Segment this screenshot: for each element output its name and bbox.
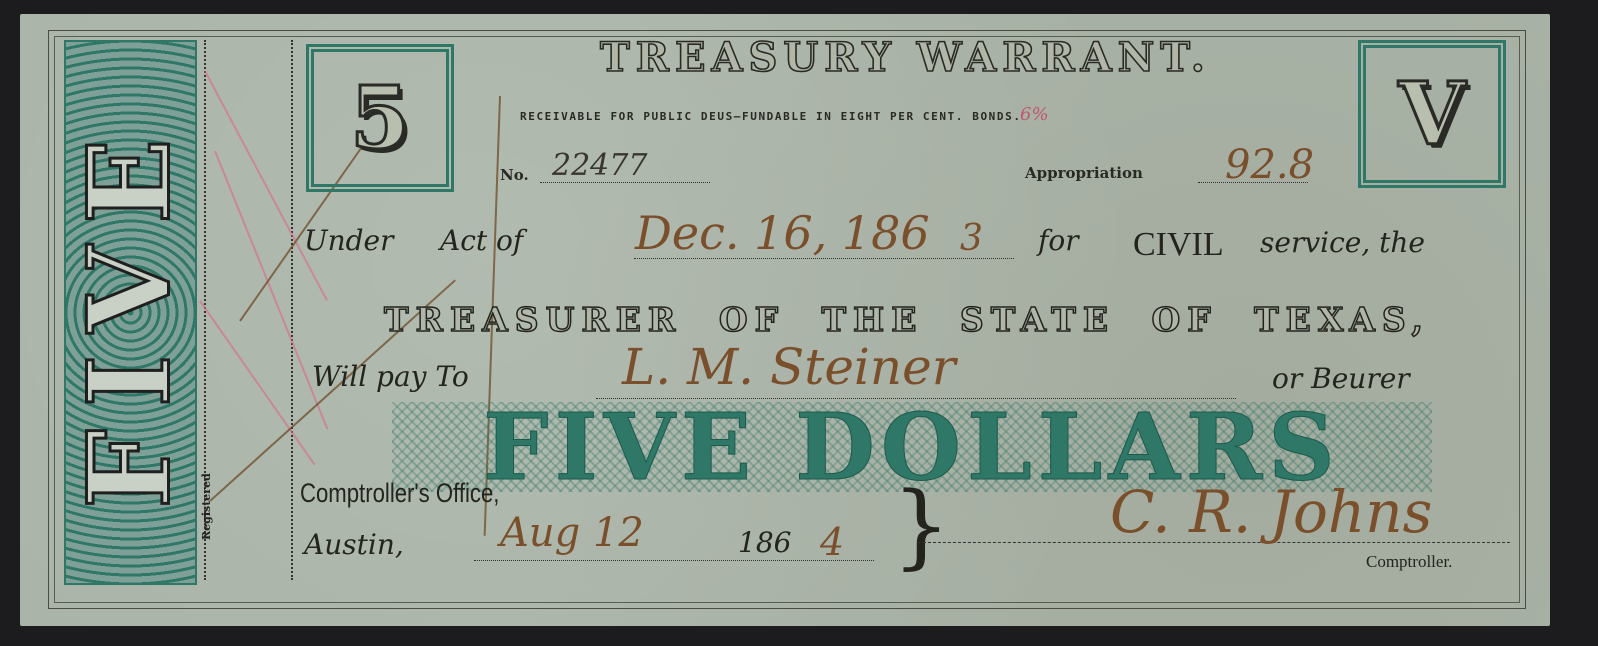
treasurer-line: TREASURER OF THE STATE OF TEXAS, [384, 300, 1430, 339]
office-label: Comptroller's Office, [300, 478, 499, 509]
issue-year-printed: 186 [738, 526, 791, 559]
payee-name: L. M. Steiner [622, 338, 956, 396]
text-service-the: service, the [1260, 226, 1425, 259]
denomination-box-right: V [1358, 40, 1506, 188]
registered-label: Registered [200, 473, 213, 540]
city-label: Austin, [304, 528, 404, 561]
document-title: TREASURY WARRANT. [600, 34, 1211, 81]
appropriation-label: Appropriation [1025, 164, 1143, 182]
text-for: for [1038, 224, 1079, 257]
appropriation-value: 92.8 [1225, 142, 1314, 188]
warrant-number: 22477 [552, 148, 647, 183]
service-type: CIVIL [1133, 226, 1224, 264]
issue-date: Aug 12 [500, 510, 644, 556]
signature-title: Comptroller. [1366, 552, 1452, 572]
issue-date-line [474, 560, 874, 561]
text-will-pay-to: Will pay To [312, 360, 469, 393]
subtitle-correction: 6% [1020, 104, 1049, 125]
denomination-box-left: 5 [306, 44, 454, 192]
text-or-bearer: or Beurer [1272, 362, 1410, 395]
issue-year-digit: 4 [820, 520, 844, 564]
act-year-digit: 3 [960, 218, 983, 259]
text-under: Under [304, 224, 394, 257]
document-subtitle: RECEIVABLE FOR PUBLIC DEUS—FUNDABLE IN E… [520, 110, 1022, 123]
number-label: No. [500, 166, 529, 184]
side-strip-lettering: FIVE [64, 40, 197, 585]
comptroller-signature: C. R. Johns [1110, 478, 1432, 546]
brace: } [892, 480, 951, 572]
perforation-line-right [291, 40, 293, 580]
act-date: Dec. 16, 186 [635, 206, 930, 260]
text-act-of: Act of [440, 224, 523, 257]
